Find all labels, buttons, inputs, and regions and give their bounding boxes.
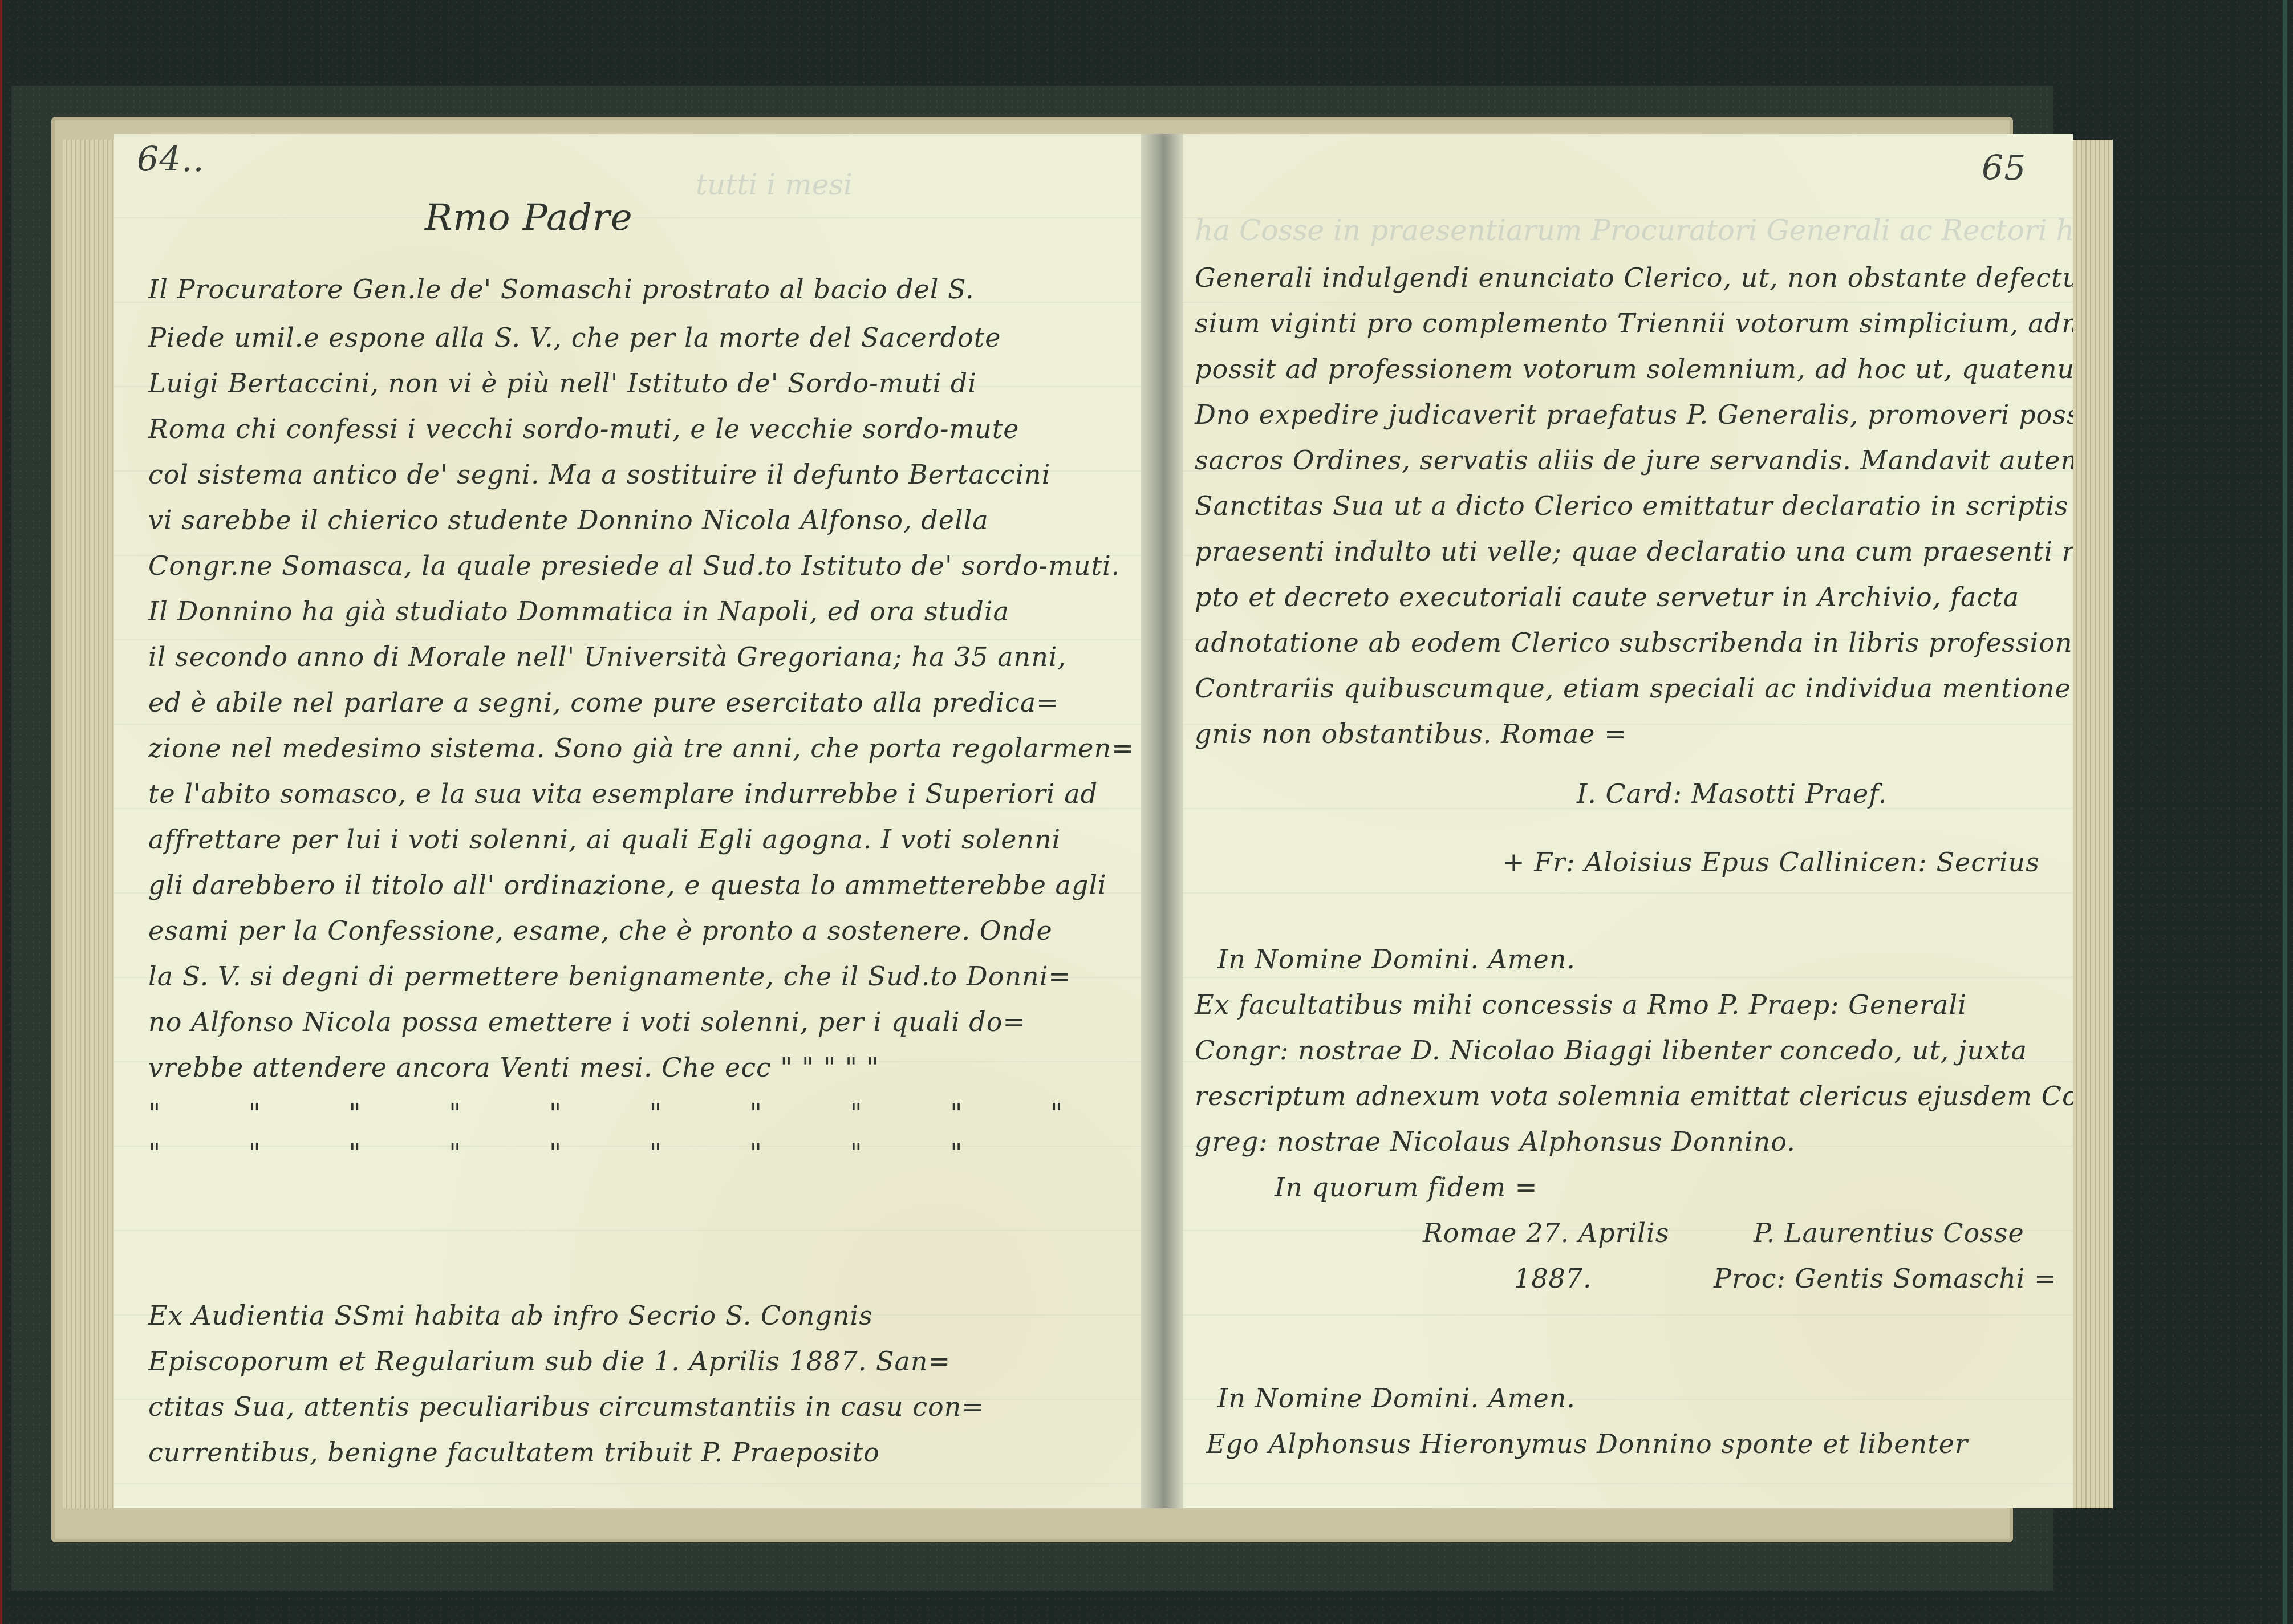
rescript-line: Episcoporum et Regularium sub die 1. Apr…: [148, 1346, 951, 1377]
ditto-marks-line: " " " " " " " " ": [148, 1138, 1002, 1168]
declaration-line: Ego Alphonsus Hieronymus Donnino sponte …: [1206, 1428, 1968, 1459]
rescript-continuation-line: Sanctitas Sua ut a dicto Clerico emittat…: [1195, 490, 2073, 521]
book-gutter: [1141, 134, 1183, 1508]
petition-line: Roma chi confessi i vecchi sordo-muti, e…: [148, 413, 1020, 444]
decree-closing: In quorum fidem =: [1275, 1172, 1537, 1203]
scan-edge-mark: [0, 0, 2, 1624]
rescript-continuation-line: pto et decreto executoriali caute servet…: [1195, 582, 2019, 612]
rescript-continuation-line: sacros Ordines, servatis aliis de jure s…: [1195, 445, 2073, 476]
page-number-right: 65: [1982, 148, 2026, 188]
petition-line: te l'abito somasco, e la sua vita esempl…: [148, 778, 1098, 809]
petition-line: no Alfonso Nicola possa emettere i voti …: [148, 1006, 1025, 1037]
rescript-continuation-line: possit ad professionem votorum solemnium…: [1195, 354, 2073, 384]
page-block-left-edge: [63, 140, 114, 1508]
bleed-through-text: tutti i mesi: [696, 168, 853, 201]
petition-line: zione nel medesimo sistema. Sono già tre…: [148, 733, 1134, 764]
rescript-line: ctitas Sua, attentis peculiaribus circum…: [148, 1391, 984, 1422]
petition-line: col sistema antico de' segni. Ma a sosti…: [148, 459, 1050, 490]
letter-salutation: Rmo Padre: [425, 197, 633, 239]
page-number-left: 64..: [137, 140, 205, 180]
petition-line: la S. V. si degni di permettere benignam…: [148, 961, 1071, 992]
decree-year: 1887.: [1514, 1263, 1592, 1294]
decree-line: Congr: nostrae D. Nicolao Biaggi libente…: [1195, 1035, 2027, 1066]
decree-signer-title: Proc: Gentis Somaschi =: [1714, 1263, 2057, 1294]
signature-secretary: + Fr: Aloisius Epus Callinicen: Secrius: [1503, 847, 2040, 878]
signature-cardinal: I. Card: Masotti Praef.: [1577, 778, 1887, 809]
decree-line: greg: nostrae Nicolaus Alphonsus Donnino…: [1195, 1126, 1796, 1157]
rescript-continuation-line: adnotatione ab eodem Clerico subscribend…: [1195, 627, 2073, 658]
rescript-continuation-line: praesenti indulto uti velle; quae declar…: [1195, 536, 2073, 567]
petition-line: vi sarebbe il chierico studente Donnino …: [148, 505, 989, 535]
decree-line: Ex facultatibus mihi concessis a Rmo P. …: [1195, 989, 1967, 1020]
decree-invocation: In Nomine Domini. Amen.: [1217, 944, 1576, 975]
left-page: 64.. tutti i mesi Rmo Padre Il Procurato…: [114, 134, 1141, 1508]
rescript-continuation-line: Contrariis quibuscumque, etiam speciali …: [1195, 673, 2073, 704]
ditto-marks-line: " " " " " " " " " " " ": [148, 1098, 1141, 1128]
glass-reflection-line: [2283, 0, 2287, 1624]
petition-line: Il Procuratore Gen.le de' Somaschi prost…: [148, 274, 975, 304]
petition-line: affrettare per lui i voti solenni, ai qu…: [148, 824, 1061, 855]
petition-line: Congr.ne Somasca, la quale presiede al S…: [148, 550, 1120, 581]
petition-line: gli darebbero il titolo all' ordinazione…: [148, 870, 1107, 900]
rescript-continuation-line: Generali indulgendi enunciato Clerico, u…: [1195, 262, 2073, 293]
decree-place-date: Romae 27. Aprilis: [1423, 1217, 1669, 1248]
petition-line: il secondo anno di Morale nell' Universi…: [148, 642, 1066, 672]
decree-signer-name: P. Laurentius Cosse: [1754, 1217, 2024, 1248]
petition-line: Luigi Bertaccini, non vi è più nell' Ist…: [148, 368, 977, 399]
petition-line: Piede umil.e espone alla S. V., che per …: [148, 322, 1001, 353]
petition-line: esami per la Confessione, esame, che è p…: [148, 915, 1053, 946]
rescript-continuation-line: Dno expedire judicaverit praefatus P. Ge…: [1195, 399, 2073, 430]
bleed-through-text: ha Cosse in praesentiarum Procuratori Ge…: [1195, 214, 2073, 247]
decree-line: rescriptum adnexum vota solemnia emittat…: [1195, 1081, 2073, 1111]
petition-line: vrebbe attendere ancora Venti mesi. Che …: [148, 1052, 879, 1083]
page-block-right-edge: [2073, 140, 2113, 1508]
rescript-line: currentibus, benigne facultatem tribuit …: [148, 1437, 880, 1468]
petition-line: Il Donnino ha già studiato Dommatica in …: [148, 596, 1009, 627]
rescript-line: Ex Audientia SSmi habita ab infro Secrio…: [148, 1300, 873, 1331]
open-book: 64.. tutti i mesi Rmo Padre Il Procurato…: [51, 117, 2013, 1542]
right-page: 65 ha Cosse in praesentiarum Procuratori…: [1183, 134, 2073, 1508]
petition-line: ed è abile nel parlare a segni, come pur…: [148, 687, 1059, 718]
declaration-invocation: In Nomine Domini. Amen.: [1217, 1383, 1576, 1414]
rescript-continuation-line: gnis non obstantibus. Romae =: [1195, 718, 1627, 749]
rescript-continuation-line: sium viginti pro complemento Triennii vo…: [1195, 308, 2073, 339]
